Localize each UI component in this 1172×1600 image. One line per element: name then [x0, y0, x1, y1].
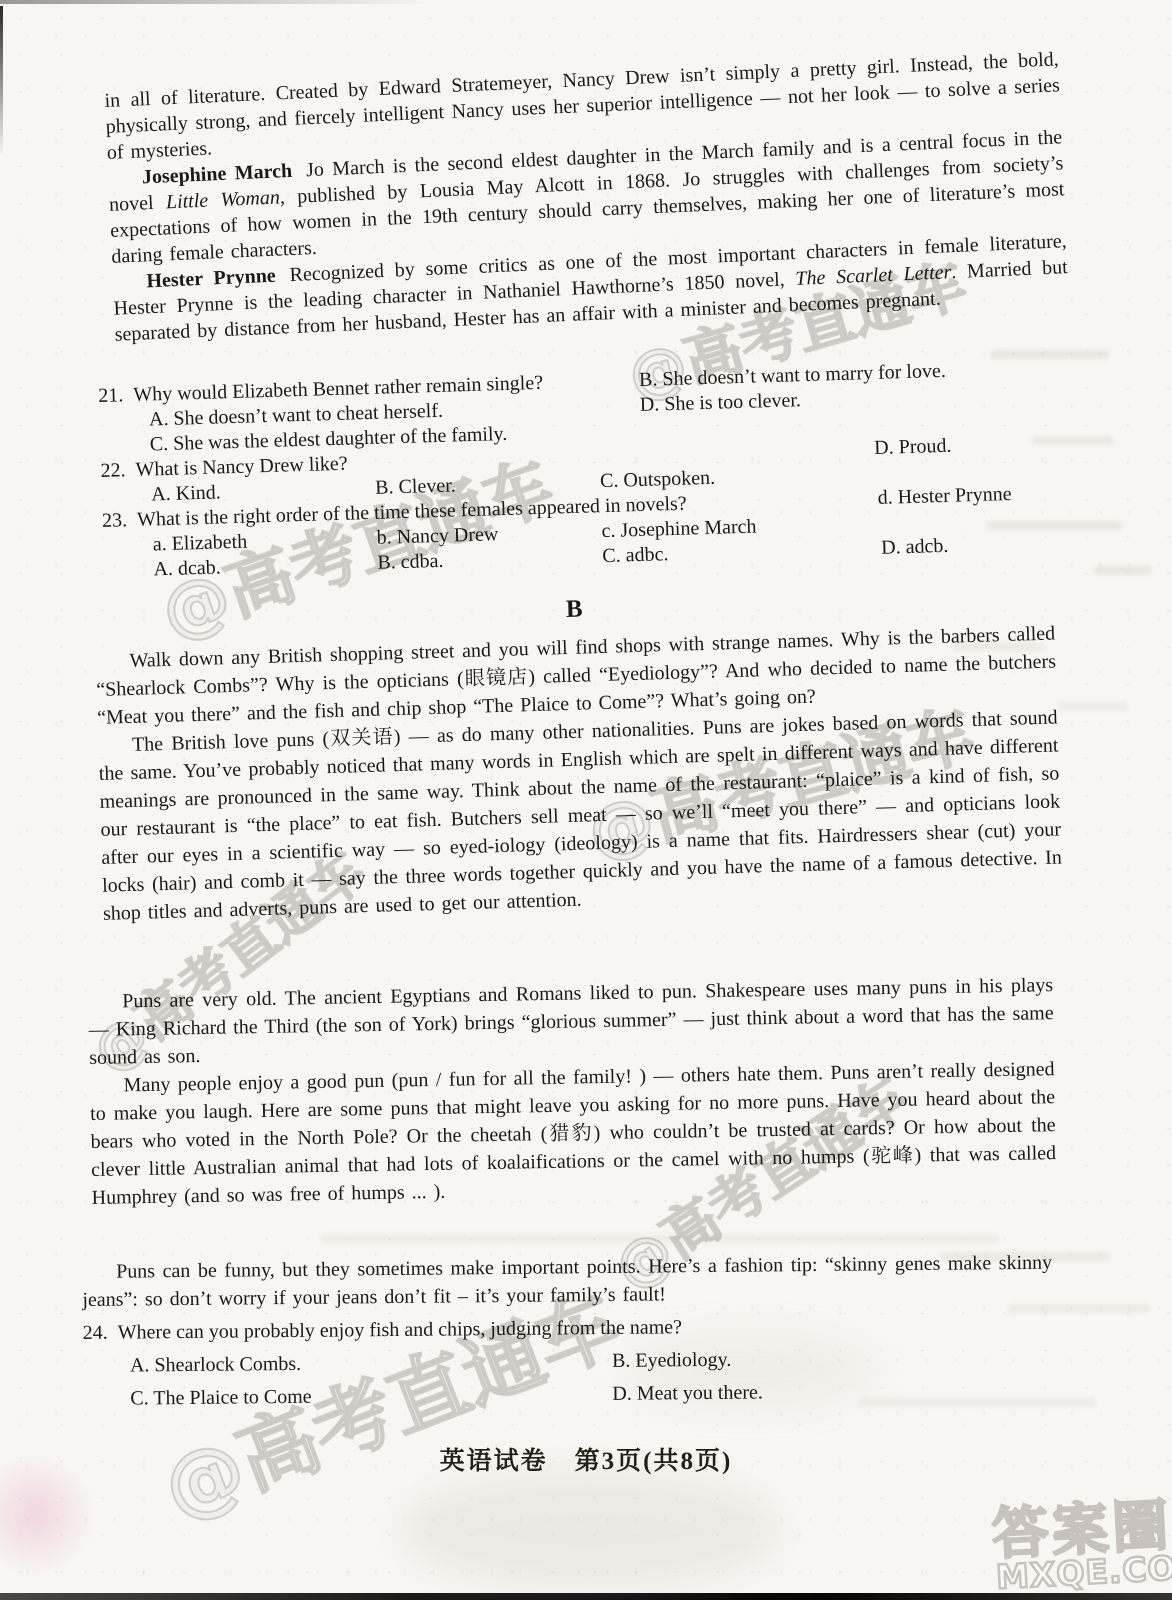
- scan-edge-bottom: [0, 1593, 1172, 1600]
- question-24-option-c: C. The Plaice to Come: [130, 1382, 312, 1414]
- question-22-option-c: C. Outspoken.: [600, 466, 716, 494]
- section-b-block-3: Puns can be funny, but they sometimes ma…: [82, 1249, 1053, 1417]
- question-24-stem: Where can you probably enjoy fish and ch…: [118, 1316, 682, 1343]
- scan-edge-left: [0, 6, 3, 156]
- josephine-march-heading: Josephine March: [141, 160, 292, 189]
- passage-a-block: in all of literature. Created by Edward …: [104, 46, 1069, 347]
- question-23-item-a: a. Elizabeth: [152, 530, 247, 558]
- section-b-block-2: Puns are very old. The ancient Egyptians…: [88, 971, 1057, 1212]
- question-24-option-d: D. Meat you there.: [612, 1377, 763, 1408]
- question-23-option-c: C. adbc.: [602, 542, 669, 569]
- bleedthrough-mark: [1094, 566, 1152, 575]
- question-24-number: 24.: [83, 1322, 108, 1344]
- section-b-paragraph-2: The British love puns (双关语) — as do many…: [98, 703, 1063, 927]
- question-23-number: 23.: [102, 509, 128, 532]
- hester-prynne-heading: Hester Prynne: [146, 265, 276, 293]
- scanned-exam-page: @高考直通车 @高考直通车 @高考直通车 @高考直通车 @高考直通车 @高考直通…: [0, 0, 1172, 1600]
- question-22-option-b: B. Clever.: [375, 473, 456, 500]
- section-b-paragraph-5: Puns can be funny, but they sometimes ma…: [82, 1249, 1052, 1314]
- bleedthrough-mark: [1058, 702, 1128, 711]
- answer-site-watermark-title: 答案圈: [990, 1481, 1172, 1570]
- section-b-paragraph-4: Many people enjoy a good pun (pun / fun …: [89, 1055, 1056, 1212]
- question-22-number: 22.: [100, 459, 126, 482]
- section-b-block-1: B Walk down any British shopping street …: [94, 582, 1063, 928]
- question-21-number: 21.: [98, 384, 124, 407]
- question-22-option-d: D. Proud.: [874, 434, 952, 461]
- question-24-option-b: B. Eyediology.: [612, 1345, 732, 1376]
- questions-21-23-block: 21.Why would Elizabeth Bennet rather rem…: [98, 354, 1108, 584]
- novel-title-little-woman: Little Woman: [165, 186, 280, 213]
- bleedthrough-line: [320, 1234, 1000, 1243]
- question-23-item-b: b. Nancy Drew: [376, 522, 498, 551]
- page-footer: 英语试卷 第3页(共8页): [0, 1441, 1172, 1477]
- scan-edge-top: [0, 0, 430, 4]
- question-24-option-a: A. Shearlock Combs.: [130, 1349, 301, 1381]
- question-22-option-a: A. Kind.: [151, 480, 221, 507]
- novel-title-scarlet-letter: The Scarlet Letter: [795, 261, 952, 290]
- question-23-option-a: A. dcab.: [153, 555, 221, 582]
- answer-site-watermark-url: MXQE.COM: [995, 1546, 1172, 1596]
- question-23-option-d: D. adcb.: [881, 534, 949, 561]
- scan-smudge-bottom: [400, 1470, 780, 1590]
- question-23-option-b: B. cdba.: [377, 549, 444, 576]
